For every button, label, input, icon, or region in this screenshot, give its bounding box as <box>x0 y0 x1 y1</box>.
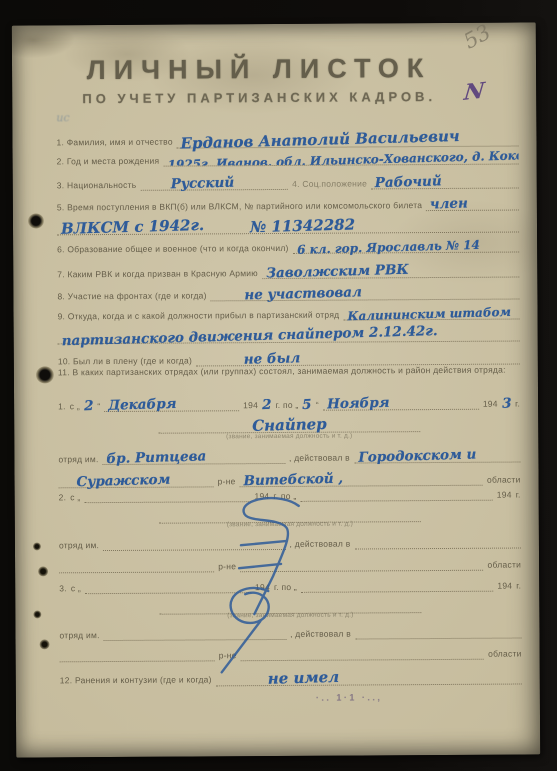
entry-to-label: г. по „ <box>275 400 298 410</box>
entry-to-month: Ноября <box>327 396 390 413</box>
field-party-value: член <box>430 196 468 212</box>
quote-mark: “ <box>97 402 100 412</box>
field-arrival: 9. Откуда, когда и с какой должности при… <box>57 306 519 323</box>
field-rvk-label: 7. Каким РВК и когда призван в Красную А… <box>57 269 258 281</box>
unit-label: отряд им. <box>58 455 98 466</box>
acted-label: , действовал в <box>290 629 351 640</box>
acted-value: Городокском и <box>358 448 476 466</box>
document-subtitle: ПО УЧЕТУ ПАРТИЗАНСКИХ КАДРОВ. <box>12 89 506 107</box>
entry-number: 3. <box>59 584 67 594</box>
entry-to-year: 3 <box>502 396 512 411</box>
year-prefix: 194 <box>497 490 512 500</box>
service-entry-3-unit: отряд им. , действовал в <box>59 628 521 642</box>
region-label: области <box>487 560 521 571</box>
faded-stamp: ·.. 1·1 ·.., <box>316 692 383 702</box>
unit-label: отряд им. <box>59 541 99 552</box>
field-education-value: 6 кл. гор. Ярославль № 14 <box>296 239 479 257</box>
field-rvk: 7. Каким РВК и когда призван в Красную А… <box>57 262 519 281</box>
field-surname-label: 1. Фамилия, имя и отчество <box>56 138 172 149</box>
field-fronts-value: не участвовал <box>245 285 363 303</box>
entry-from-label: с „ <box>70 493 80 503</box>
entry-from-year: 2 <box>262 398 272 413</box>
acted-label: , действовал в <box>289 453 350 464</box>
year-prefix: 194 <box>254 492 269 502</box>
ink-smudge: ис <box>56 111 69 124</box>
field-social-label: 4. Соц.положение <box>292 179 367 190</box>
punch-hole <box>33 542 41 550</box>
district-label: р-не <box>219 651 237 661</box>
field-surname: 1. Фамилия, имя и отчество Ерданов Анато… <box>56 129 518 149</box>
field-party-value2: ВЛКСМ с 1942г. <box>61 217 205 237</box>
field-nationality-social: 3. Национальность Русский 4. Соц.положен… <box>57 173 519 192</box>
field-fronts-label: 8. Участие на фронтах (где и когда) <box>57 291 206 302</box>
page-number-pencil: 53 <box>460 20 495 54</box>
entry-from-label: с „ <box>70 402 80 412</box>
region-value: Витебской , <box>243 472 343 490</box>
punch-hole <box>33 610 41 618</box>
service-entry-1-region: Суражском р-не Витебской , области <box>58 470 520 489</box>
entry-number: 2. <box>59 493 67 503</box>
service-entry-3-region: р-не области <box>60 649 522 663</box>
fine-print: (звание, занимаемая должность и т. д.) <box>226 433 352 441</box>
field-rvk-value: Заволжским РВК <box>266 263 409 282</box>
entry-number: 1. <box>58 402 66 412</box>
year-prefix: 194 <box>483 399 498 409</box>
service-entry-3-dates: 3. с „ 194 г. по „ 194 г. <box>59 581 521 595</box>
field-wounds-value: не имел <box>268 669 340 687</box>
field-fronts: 8. Участие на фронтах (где и когда) не у… <box>57 284 519 303</box>
punch-hole <box>28 213 44 228</box>
field-units-label: 11. В каких партизанских отрядах (или гр… <box>58 364 506 379</box>
year-suffix: г. <box>516 581 521 591</box>
entry-from-label: с „ <box>71 584 81 594</box>
acted-label: , действовал в <box>289 539 350 550</box>
region-label: области <box>488 649 522 660</box>
fine-print: (звание, занимаемая должность и т. д.) <box>227 521 353 529</box>
field-arrival-line2: партизанского движения снайпером 2.12.42… <box>58 326 520 345</box>
field-arrival-value: Калининским штабом <box>347 306 511 324</box>
document-title: ЛИЧНЫЙ ЛИСТОК <box>12 53 506 87</box>
field-wounds-label: 12. Ранения и контузии (где и когда) <box>60 676 212 687</box>
unit-value: бр. Ритцева <box>106 449 206 467</box>
service-entry-2-fine: (звание, занимаемая должность и т. д.) <box>59 520 521 530</box>
entry-from-month: Декабря <box>108 397 177 414</box>
year-suffix: г. <box>515 399 520 409</box>
fine-print: (звание, занимаемая должность и т. д.) <box>227 612 353 620</box>
field-birth: 2. Год и места рождения 1925г. Иванов. о… <box>57 151 519 168</box>
field-surname-value: Ерданов Анатолий Васильевич <box>181 128 461 152</box>
punch-hole <box>38 566 48 576</box>
field-nationality-label: 3. Национальность <box>57 180 137 191</box>
field-nationality-value: Русский <box>170 176 234 193</box>
field-party-number: № 11342282 <box>250 216 355 235</box>
field-arrival-value2: партизанского движения снайпером 2.12.42… <box>62 324 438 349</box>
field-birth-value: 1925г. Иванов. обл. Ильинско-Хованского,… <box>167 151 518 167</box>
field-party: 5. Время поступления в ВКП(б) или ВЛКСМ,… <box>57 195 519 214</box>
service-entry-3-fine: (звание, занимаемая должность и т. д.) <box>59 611 521 621</box>
field-birth-label: 2. Год и места рождения <box>57 157 160 168</box>
paper-sheet: 53 N ис ЛИЧНЫЙ ЛИСТОК ПО УЧЕТУ ПАРТИЗАНС… <box>12 22 540 757</box>
district-label: р-не <box>218 477 236 487</box>
field-education: 6. Образование общее и военное (что и ко… <box>57 239 519 256</box>
entry-from-day: 2 <box>84 399 94 414</box>
year-prefix: 194 <box>243 401 258 411</box>
service-entry-1-position: Снайпер <box>58 414 520 434</box>
field-education-label: 6. Образование общее и военное (что и ко… <box>57 244 289 256</box>
punch-hole <box>36 366 54 383</box>
unit-label: отряд им. <box>59 631 99 642</box>
year-suffix: г. <box>516 490 521 500</box>
entry-position: Снайпер <box>252 416 327 435</box>
field-social-value: Рабочий <box>375 174 442 191</box>
field-party-label: 5. Время поступления в ВКП(б) или ВЛКСМ,… <box>57 201 422 214</box>
service-entry-2-region: р-не области <box>59 560 521 574</box>
entry-to-label: г. по „ <box>273 492 296 502</box>
field-wounds: 12. Ранения и контузии (где и когда) не … <box>60 667 522 687</box>
district-value: Суражском <box>76 473 170 490</box>
quote-mark: “ <box>316 400 319 410</box>
year-prefix: 194 <box>497 581 512 591</box>
field-party-line2: ВЛКСМ с 1942г. № 11342282 <box>57 215 519 235</box>
field-units-header: 11. В каких партизанских отрядах (или гр… <box>58 364 520 380</box>
entry-to-label: г. по „ <box>274 583 297 593</box>
service-entry-1-fine: (звание, занимаемая должность и т. д.) <box>58 432 520 442</box>
punch-hole <box>40 639 50 649</box>
service-entry-2-unit: отряд им. , действовал в <box>59 538 521 552</box>
field-arrival-label: 9. Откуда, когда и с какой должности при… <box>58 310 340 322</box>
region-label: области <box>487 475 521 486</box>
service-entry-1-unit: отряд им. бр. Ритцева , действовал в Гор… <box>58 447 520 466</box>
year-prefix: 194 <box>255 583 270 593</box>
district-label: р-не <box>218 562 236 572</box>
scanned-document: 53 N ис ЛИЧНЫЙ ЛИСТОК ПО УЧЕТУ ПАРТИЗАНС… <box>0 0 557 771</box>
entry-to-day: 5 <box>302 398 312 413</box>
service-entry-2-dates: 2. с „ 194 г. по „ 194 г. <box>59 490 521 504</box>
service-entry-1-dates: 1. с „ 2 “ Декабря 194 2 г. по „ 5 “ Ноя… <box>58 394 520 413</box>
